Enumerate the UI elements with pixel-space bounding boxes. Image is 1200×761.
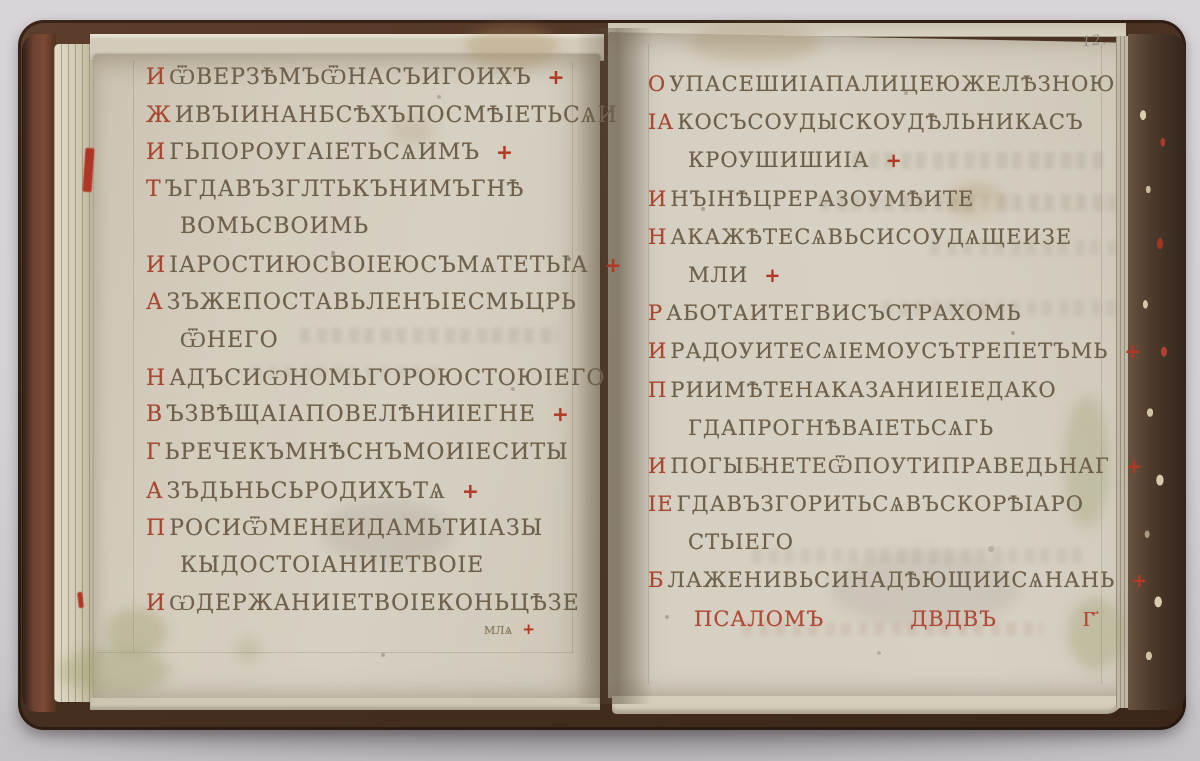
rubricated-initial: В	[146, 402, 163, 427]
line-text: КРОУШИШИІА	[688, 148, 870, 172]
fore-edge	[1128, 34, 1186, 710]
cross-mark-icon: +	[462, 479, 480, 503]
text-line: ИѾВЕРЗѢМЪѾНАСЪИГОИХЪ+	[146, 64, 598, 102]
line-text: РОСИѾМЕНЕИДАМЬТИІАЗЫ	[169, 516, 543, 541]
text-line: ВЪЗВѢЩАІАПОВЕЛѢНИІЕГНЕ+	[146, 402, 598, 440]
rubricated-initial: И	[648, 339, 667, 363]
text-line: ИПОГЫБНЕТЕѾПОУТИПРАВЕДЬНАГ+	[648, 454, 1126, 492]
cross-mark-icon: +	[1126, 455, 1143, 478]
text-line: ѾНЕГО	[146, 327, 598, 365]
page-stack-left	[54, 44, 96, 702]
line-text: ЪГДАВЪЗГЛТЬКЪНИМЪГНѢ	[165, 177, 525, 202]
line-text: АБОТАИТЕГВИСЪСТРАХОМЬ	[666, 301, 1021, 325]
text-line: ОУПАСЕШИІАПАЛИЦЕЮЖЕЛѢЗНОЮ	[648, 72, 1126, 110]
ink-specks	[0, 0, 2, 2]
text-line: ПРОСИѾМЕНЕИДАМЬТИІАЗЫ	[146, 515, 598, 553]
text-line: РАБОТАИТЕГВИСЪСТРАХОМЬ	[648, 301, 1126, 339]
line-text: РИИМѢТЕНАКАЗАНИІЕІЕДАКО	[670, 378, 1056, 402]
text-line: ІАКОСЪСОУДЫСКОУДѢЛЬНИКАСЪ	[648, 110, 1126, 148]
line-text: АДЪСИѠНОМЬГОРОЮСТОЮІЕГО	[169, 366, 605, 391]
line-text: ГЬПОРОУГАІЕТЬСѦИМЪ	[169, 140, 480, 165]
rubricated-initial: И	[648, 454, 667, 478]
line-text: ѾНЕГО	[180, 328, 279, 353]
text-line: ВОМЬСВОИМЬ	[146, 214, 598, 252]
rubricated-initial: ІЕ	[648, 492, 674, 516]
page-stack-bottom-left	[90, 698, 600, 710]
rubricated-initial: П	[648, 378, 667, 402]
text-line: ГЬРЕЧЕКЪМНѢСНЪМОИІЕСИТЫ	[146, 440, 598, 478]
rubricated-initial: ІА	[648, 110, 674, 134]
stain	[688, 24, 820, 62]
cross-mark-icon: +	[1131, 569, 1148, 592]
line-text: ГДАВЪЗГОРИТЬСѦВЪСКОРѢІАРО	[677, 492, 1084, 516]
text-line: ЖИВЪІИНАНБСѢХЪПОСМѢІЕТЬСѦИ	[146, 102, 598, 140]
line-text: МЛИ	[688, 263, 748, 287]
line-text: МЛѦ	[484, 624, 512, 637]
rubric-line: ПСАЛОМЪДВДВЪГ҃	[648, 607, 1126, 645]
text-line: МЛѦ+	[146, 620, 598, 642]
rubricated-initial: Г	[146, 440, 162, 465]
rubricated-initial: И	[146, 65, 166, 90]
rubricated-initial: И	[146, 253, 166, 278]
rubricated-initial: И	[146, 140, 166, 165]
right-page-text: ОУПАСЕШИІАПАЛИЦЕЮЖЕЛѢЗНОЮІАКОСЪСОУДЫСКОУ…	[648, 72, 1126, 645]
manuscript-photo: ИѾВЕРЗѢМЪѾНАСЪИГОИХЪ+ЖИВЪІИНАНБСѢХЪПОСМѢ…	[0, 0, 1200, 761]
cross-mark-icon: +	[496, 140, 514, 164]
stain	[58, 648, 170, 694]
text-line: ИІАРОСТИЮСВОІЕЮСЪМѦТЕТЬІА+	[146, 252, 598, 290]
line-text: ПОГЫБНЕТЕѾПОУТИПРАВЕДЬНАГ	[670, 454, 1110, 478]
line-text: НЪІНѢЦРЕРАЗОУМѢИТЕ	[670, 187, 974, 211]
cross-mark-icon: +	[552, 402, 570, 426]
text-line: ГДАПРОГНѢВАІЕТЬСѦГЬ	[648, 416, 1126, 454]
line-text: ВОМЬСВОИМЬ	[180, 214, 369, 239]
rubricated-initial: Н	[648, 225, 667, 249]
rubricated-initial: Б	[648, 568, 664, 592]
page-stack-bottom-right	[612, 696, 1124, 714]
ruling-line	[133, 60, 134, 652]
rubricated-initial: И	[648, 187, 667, 211]
line-text: ІАРОСТИЮСВОІЕЮСЪМѦТЕТЬІА	[169, 253, 588, 278]
page-number: 12.	[1081, 32, 1108, 51]
cross-mark-icon: +	[886, 149, 903, 172]
cross-mark-icon: +	[522, 620, 535, 638]
rubric-word: Г҃	[1083, 607, 1096, 645]
text-line: ИНЪІНѢЦРЕРАЗОУМѢИТЕ	[648, 187, 1126, 225]
text-line: ІЕГДАВЪЗГОРИТЬСѦВЪСКОРѢІАРО	[648, 492, 1126, 530]
cross-mark-icon: +	[605, 253, 623, 277]
line-text: УПАСЕШИІАПАЛИЦЕЮЖЕЛѢЗНОЮ	[669, 72, 1115, 96]
text-line: ТЪГДАВЪЗГЛТЬКЪНИМЪГНѢ	[146, 177, 598, 215]
text-line: МЛИ+	[648, 263, 1126, 301]
line-text: СТЬІЕГО	[688, 530, 794, 554]
line-text: КОСЪСОУДЫСКОУДѢЛЬНИКАСЪ	[677, 110, 1083, 134]
text-line: СТЬІЕГО	[648, 530, 1126, 568]
text-line: АЗЪЖЕПОСТАВЬЛЕНЪІЕСМЬЦРЬ	[146, 290, 598, 328]
text-line: НАКАЖѢТЕСѦВЬСИСОУДѦЩЕИЗЕ	[648, 225, 1126, 263]
rubricated-initial: Т	[146, 177, 162, 202]
text-line: АЗЪДЬНЬСЬРОДИХЪТѦ+	[146, 478, 598, 516]
cross-mark-icon: +	[548, 65, 566, 89]
rubricated-initial: Ж	[146, 103, 172, 128]
cross-mark-icon: +	[764, 264, 781, 287]
rubricated-initial: И	[146, 591, 166, 616]
rubricated-initial: Н	[146, 366, 166, 391]
line-text: ИВЪІИНАНБСѢХЪПОСМѢІЕТЬСѦИ	[175, 103, 618, 128]
line-text: КЫДОСТОІАНИІЕТВОІЕ	[180, 553, 484, 578]
rubric-word: ДВДВЪ	[910, 607, 997, 645]
text-line: БЛАЖЕНИВЬСИНАДѢЮЩИИСѦНАНЬ+	[648, 568, 1126, 606]
text-line: ИРАДОУИТЕСѦІЕМОУСЪТРЕПЕТЪМЬ+	[648, 339, 1126, 377]
line-text: ЛАЖЕНИВЬСИНАДѢЮЩИИСѦНАНЬ	[667, 568, 1115, 592]
line-text: АКАЖѢТЕСѦВЬСИСОУДѦЩЕИЗЕ	[670, 225, 1072, 249]
text-line: НАДЪСИѠНОМЬГОРОЮСТОЮІЕГО	[146, 365, 598, 403]
line-text: ЬРЕЧЕКЪМНѢСНЪМОИІЕСИТЫ	[165, 440, 569, 465]
rubric-word: ПСАЛОМЪ	[694, 607, 824, 645]
line-text: ГДАПРОГНѢВАІЕТЬСѦГЬ	[688, 416, 994, 440]
text-line: КЫДОСТОІАНИІЕТВОІЕ	[146, 553, 598, 591]
text-line: КРОУШИШИІА+	[648, 148, 1126, 186]
cross-mark-icon: +	[1124, 340, 1141, 363]
rubricated-initial: Р	[648, 301, 663, 325]
rubricated-initial: А	[146, 290, 164, 315]
rubricated-initial: А	[146, 479, 164, 504]
rubricated-initial: О	[648, 72, 666, 96]
rubricated-initial: П	[146, 516, 166, 541]
line-text: ѠДЕРЖАНИІЕТВОІЕКОНЬЦѢЗЕ	[169, 591, 579, 616]
ruling-line	[96, 652, 574, 653]
line-text: ЪЗВѢЩАІАПОВЕЛѢНИІЕГНЕ	[166, 402, 536, 427]
line-text: РАДОУИТЕСѦІЕМОУСЪТРЕПЕТЪМЬ	[670, 339, 1108, 363]
text-line: ИГЬПОРОУГАІЕТЬСѦИМЪ+	[146, 139, 598, 177]
line-text: ЗЪЖЕПОСТАВЬЛЕНЪІЕСМЬЦРЬ	[167, 290, 577, 315]
left-page-text: ИѾВЕРЗѢМЪѾНАСЪИГОИХЪ+ЖИВЪІИНАНБСѢХЪПОСМѢ…	[146, 64, 598, 642]
line-text: ѾВЕРЗѢМЪѾНАСЪИГОИХЪ	[169, 65, 531, 90]
line-text: ЗЪДЬНЬСЬРОДИХЪТѦ	[167, 479, 446, 504]
leather-cover-left-edge	[22, 34, 56, 712]
text-line: ПРИИМѢТЕНАКАЗАНИІЕІЕДАКО	[648, 378, 1126, 416]
